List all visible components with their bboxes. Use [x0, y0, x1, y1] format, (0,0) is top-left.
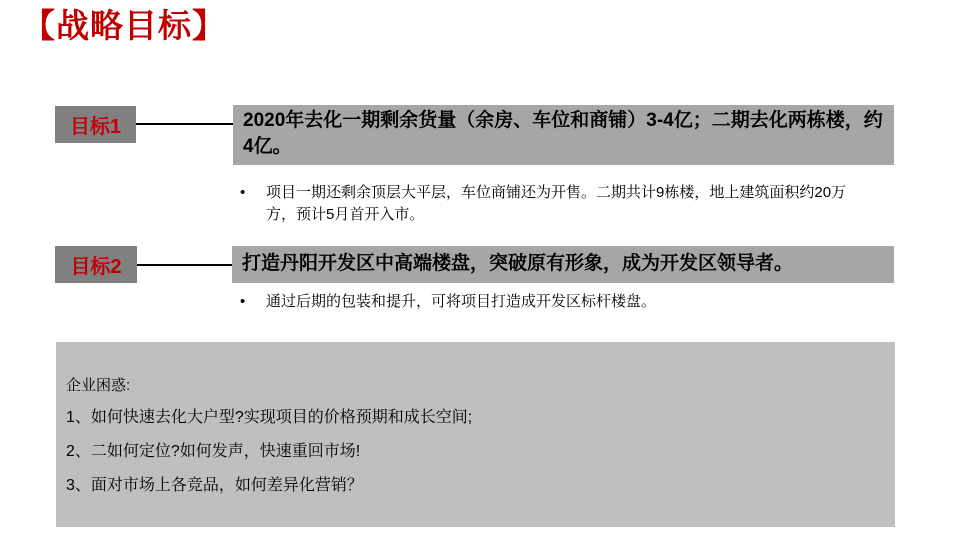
issue-item: 2、二如何定位?如何发声，快速重回市场! — [66, 442, 895, 462]
goal-2-headline: 打造丹阳开发区中高端楼盘，突破原有形象，成为开发区领导者。 — [232, 246, 894, 283]
goal-1-connector-line — [136, 123, 233, 125]
issue-item: 1、如何快速去化大户型?实现项目的价格预期和成长空间; — [66, 408, 895, 428]
goal-2-connector-line — [137, 264, 232, 266]
bullet-icon: • — [232, 291, 266, 313]
page-title: 【战略目标】 — [22, 6, 226, 46]
bullet-icon: • — [232, 182, 266, 226]
enterprise-issues-box: 企业困惑: 1、如何快速去化大户型?实现项目的价格预期和成长空间; 2、二如何定… — [56, 342, 895, 527]
goal-1-headline: 2020年去化一期剩余货量（余房、车位和商铺）3-4亿；二期去化两栋楼，约4亿。 — [233, 105, 894, 165]
goal-1-bullet-text: 项目一期还剩余顶层大平层，车位商铺还为开售。二期共计9栋楼，地上建筑面积约20万… — [266, 182, 872, 226]
issues-heading: 企业困惑: — [66, 376, 895, 396]
goal-2-bullet-text: 通过后期的包装和提升，可将项目打造成开发区标杆楼盘。 — [266, 291, 872, 313]
goal-1-bullet: • 项目一期还剩余顶层大平层，车位商铺还为开售。二期共计9栋楼，地上建筑面积约2… — [232, 182, 872, 226]
goal-2-label: 目标2 — [55, 246, 137, 283]
issue-item: 3、面对市场上各竞品，如何差异化营销？ — [66, 476, 895, 496]
goal-1-label: 目标1 — [55, 106, 136, 143]
goal-2-bullet: • 通过后期的包装和提升，可将项目打造成开发区标杆楼盘。 — [232, 291, 872, 313]
